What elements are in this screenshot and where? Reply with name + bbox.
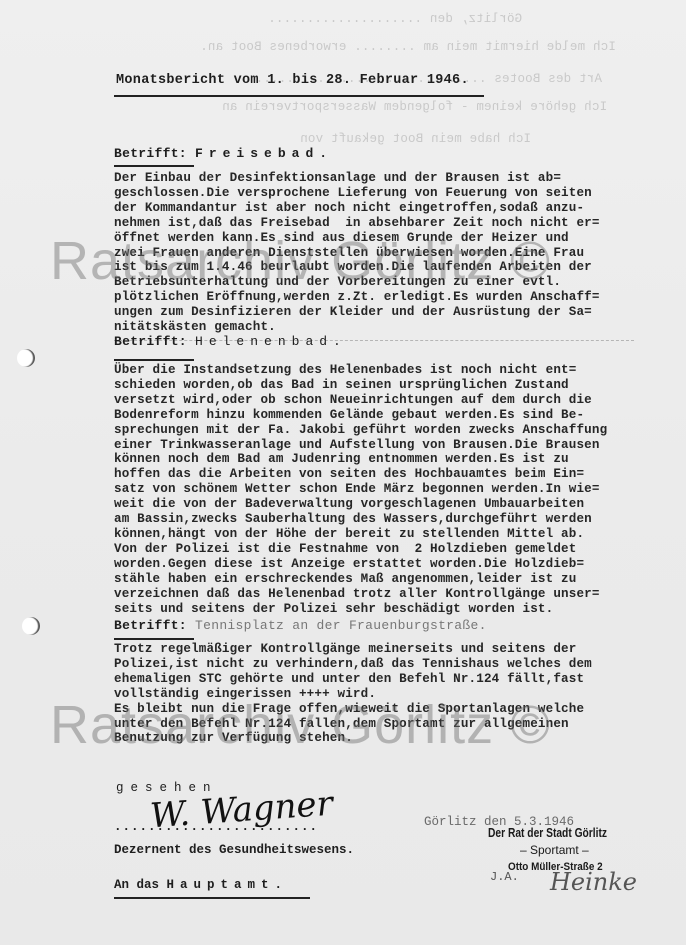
text-line: Bodenreform hinzu kommenden Gelände geba… xyxy=(114,408,674,423)
text-line: Über die Instandsetzung des Helenenbades… xyxy=(114,363,674,378)
addressee: An das Hauptamt. xyxy=(114,878,288,892)
subject-value: Tennisplatz an der Frauenburgstraße. xyxy=(195,618,487,633)
report-heading: Monatsbericht vom 1. bis 28. Februar 194… xyxy=(116,73,469,88)
watermark: Ratsarchiv Görlitz © xyxy=(50,694,551,756)
stamp-authority: Der Rat der Stadt Görlitz xyxy=(488,826,607,840)
text-line: worden.Gegen diese ist Anzeige erstattet… xyxy=(114,557,674,572)
text-line: Von der Polizei ist die Festnahme von 2 … xyxy=(114,542,674,557)
text-line: einer Trinkwasseranlage und Aufstellung … xyxy=(114,438,674,453)
subject-underline xyxy=(114,165,194,167)
text-line: seits und seitens der Polizei sehr besch… xyxy=(114,602,674,617)
text-line: plötzlichen Eröffnung,werden z.Zt. erled… xyxy=(114,290,674,305)
text-line: geschlossen.Die versprochene Lieferung v… xyxy=(114,186,674,201)
text-line: nitätskästen gemacht. xyxy=(114,320,674,335)
text-line: Polizei,ist nicht zu verhindern,daß das … xyxy=(114,657,674,672)
text-line: ungen zum Desinfizieren der Kleider und … xyxy=(114,305,674,320)
text-line: ehemaligen STC gehörte und unter den Bef… xyxy=(114,672,674,687)
stamp-office: – Sportamt – xyxy=(520,843,589,857)
section-body-helenenbad: Über die Instandsetzung des Helenenbades… xyxy=(114,363,674,616)
text-line: weit die von der Badeverwaltung vorgesch… xyxy=(114,497,674,512)
bleed-through-line: Ich gehöre keinem - folgendem Wasserspor… xyxy=(222,100,607,114)
signature-line: ........................ xyxy=(114,820,318,834)
text-line: verzeichnen daß das Helenenbad trotz all… xyxy=(114,587,674,602)
addressee-prefix: An das xyxy=(114,878,159,892)
heading-underline xyxy=(114,95,484,97)
watermark: Ratsarchiv Görlitz © xyxy=(50,230,551,292)
ia-label: J.A. xyxy=(490,870,519,884)
ia-signature: Heinke xyxy=(550,868,637,896)
text-line: stähle haben ein erschreckendes Maß ange… xyxy=(114,572,674,587)
subject-helenenbad: Betrifft: Helenenbad. xyxy=(114,334,347,349)
text-line: der Kommandantur ist aber noch nicht ein… xyxy=(114,201,674,216)
subject-tennisplatz: Betrifft: Tennisplatz an der Frauenburgs… xyxy=(114,618,487,633)
text-line: hoffen das die Arbeiten von seiten des H… xyxy=(114,467,674,482)
text-line: können,hängt von der Höhe der bereit zu … xyxy=(114,527,674,542)
bleed-through-line: Görlitz, den .................... xyxy=(268,12,522,26)
subject-label: Betrifft: xyxy=(114,618,187,633)
text-line: am Bassin,zwecks Sauberhaltung des Wasse… xyxy=(114,512,674,527)
hole-punch-bottom xyxy=(22,617,40,635)
subject-value: Freisebad. xyxy=(195,146,333,161)
hole-punch-top xyxy=(17,349,35,367)
text-line: sprechungen mit der Fa. Jakobi geführt w… xyxy=(114,423,674,438)
text-line: satz von schönem Wetter schon Ende März … xyxy=(114,482,674,497)
text-line: versetzt wird,oder ob schon Neueinrichtu… xyxy=(114,393,674,408)
department-name: Dezernent des Gesundheitswesens. xyxy=(114,843,354,857)
text-line: können noch dem Bad am Judenring entnomm… xyxy=(114,452,674,467)
text-line: Trotz regelmäßiger Kontrollgänge meiners… xyxy=(114,642,674,657)
bleed-through-line: Ich melde hiermit mein am ........ erwor… xyxy=(200,40,616,54)
addressee-value: Hauptamt. xyxy=(167,878,289,892)
text-line: nehmen ist,daß das Freisebad in absehbar… xyxy=(114,216,674,231)
text-line: Der Einbau der Desinfektionsanlage und d… xyxy=(114,171,674,186)
subject-value: Helenenbad. xyxy=(195,334,347,349)
subject-label: Betrifft: xyxy=(114,334,187,349)
addressee-underline xyxy=(114,897,310,899)
subject-underline xyxy=(114,359,194,361)
subject-underline xyxy=(114,638,194,640)
subject-freisebad: Betrifft: Freisebad. xyxy=(114,146,333,161)
subject-label: Betrifft: xyxy=(114,146,187,161)
text-line: schieden worden,ob das Bad in seinen urs… xyxy=(114,378,674,393)
bleed-through-line: Ich habe mein Boot gekauft von xyxy=(300,132,531,146)
document-page: Görlitz, den .................... Ich me… xyxy=(0,0,686,945)
